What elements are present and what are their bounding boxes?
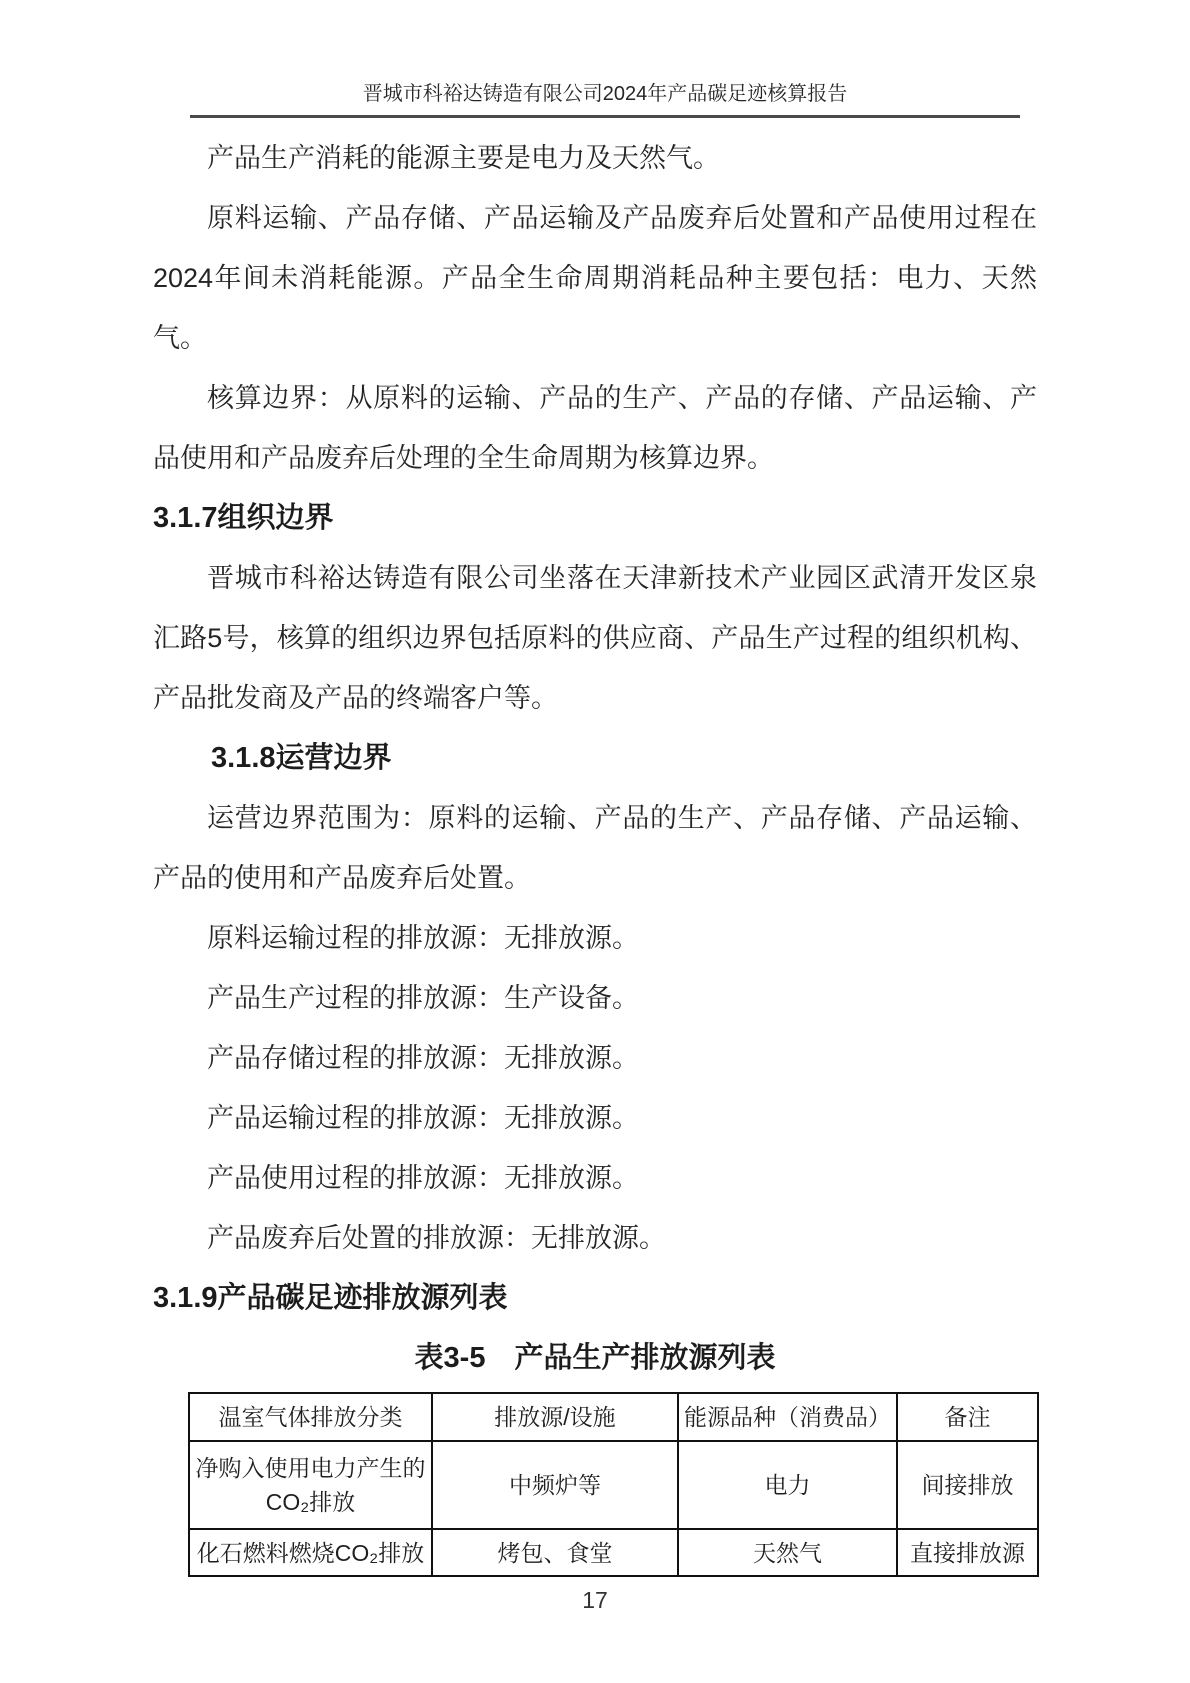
emission-source-table: 温室气体排放分类 排放源/设施 能源品种（消费品） 备注 净购入使用电力产生的C… [188,1392,1039,1577]
document-page: 晋城市科裕达铸造有限公司2024年产品碳足迹核算报告 产品生产消耗的能源主要是电… [0,0,1190,1683]
paragraph-source-disposal: 产品废弃后处置的排放源：无排放源。 [153,1208,1037,1268]
table-header-energy-type: 能源品种（消费品） [678,1393,897,1441]
cell-electricity-category: 净购入使用电力产生的CO₂排放 [189,1441,432,1529]
table-caption: 表3-5产品生产排放源列表 [153,1328,1037,1388]
cell-electricity-facility: 中频炉等 [432,1441,678,1529]
paragraph-source-use: 产品使用过程的排放源：无排放源。 [153,1148,1037,1208]
cell-fossil-category: 化石燃料燃烧CO₂排放 [189,1529,432,1576]
paragraph-energy-consumption: 产品生产消耗的能源主要是电力及天然气。 [153,128,1037,188]
table-row-electricity: 净购入使用电力产生的CO₂排放 中频炉等 电力 间接排放 [189,1441,1038,1529]
table-header-ghg-category: 温室气体排放分类 [189,1393,432,1441]
paragraph-accounting-boundary: 核算边界：从原料的运输、产品的生产、产品的存储、产品运输、产品使用和产品废弃后处… [153,368,1037,488]
section-heading-3-1-9: 3.1.9产品碳足迹排放源列表 [153,1268,1037,1328]
paragraph-operational-boundary: 运营边界范围为：原料的运输、产品的生产、产品存储、产品运输、产品的使用和产品废弃… [153,788,1037,908]
cell-electricity-remark: 间接排放 [897,1441,1038,1529]
paragraph-source-transport: 产品运输过程的排放源：无排放源。 [153,1088,1037,1148]
cell-electricity-energy: 电力 [678,1441,897,1529]
paragraph-no-energy: 原料运输、产品存储、产品运输及产品废弃后处置和产品使用过程在2024年间未消耗能… [153,188,1037,368]
paragraph-organization-boundary: 晋城市科裕达铸造有限公司坐落在天津新技术产业园区武清开发区泉汇路5号，核算的组织… [153,548,1037,728]
cell-fossil-facility: 烤包、食堂 [432,1529,678,1576]
table-header-remarks: 备注 [897,1393,1038,1441]
table-header-source-facility: 排放源/设施 [432,1393,678,1441]
table-caption-title: 产品生产排放源列表 [514,1342,775,1374]
table-header-row: 温室气体排放分类 排放源/设施 能源品种（消费品） 备注 [189,1393,1038,1441]
paragraph-source-storage: 产品存储过程的排放源：无排放源。 [153,1028,1037,1088]
section-heading-3-1-8: 3.1.8运营边界 [153,728,1037,788]
cell-fossil-energy: 天然气 [678,1529,897,1576]
document-body: 产品生产消耗的能源主要是电力及天然气。 原料运输、产品存储、产品运输及产品废弃后… [153,128,1037,1577]
table-row-fossil-fuel: 化石燃料燃烧CO₂排放 烤包、食堂 天然气 直接排放源 [189,1529,1038,1576]
paragraph-source-production: 产品生产过程的排放源：生产设备。 [153,968,1037,1028]
page-number: 17 [0,1586,1190,1614]
section-heading-3-1-7: 3.1.7组织边界 [153,488,1037,548]
table-caption-label: 表3-5 [415,1342,486,1374]
page-header-title: 晋城市科裕达铸造有限公司2024年产品碳足迹核算报告 [363,83,848,105]
cell-fossil-remark: 直接排放源 [897,1529,1038,1576]
paragraph-source-material-transport: 原料运输过程的排放源：无排放源。 [153,908,1037,968]
page-header: 晋城市科裕达铸造有限公司2024年产品碳足迹核算报告 [190,82,1020,118]
